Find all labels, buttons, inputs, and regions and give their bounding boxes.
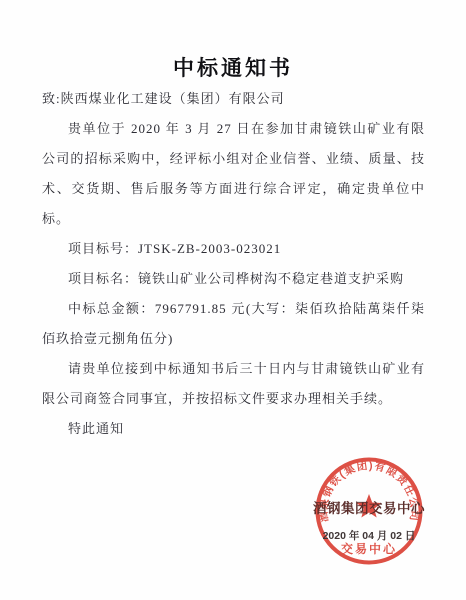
seal-inner-text: 交易中心	[341, 541, 397, 556]
project-name-line: 项目标名：镜铁山矿业公司桦树沟不稳定巷道支护采购	[42, 264, 425, 294]
recipient-line: 致:陕西煤业化工建设（集团）有限公司	[42, 84, 425, 114]
intro-paragraph: 贵单位于 2020 年 3 月 27 日在参加甘肃镜铁山矿业有限公司的招标采购中…	[42, 114, 425, 234]
document-page: 中标通知书 致:陕西煤业化工建设（集团）有限公司 贵单位于 2020 年 3 月…	[0, 0, 466, 600]
company-seal: 酒泉钢铁(集团)有限责任公司 交易中心 酒钢集团交易中心 2020 年 04 月…	[289, 431, 449, 591]
closing-paragraph: 请贵单位接到中标通知书后三十日内与甘肃镜铁山矿业有限公司商签合同事宜，并按招标文…	[42, 354, 425, 414]
seal-date-text: 2020 年 04 月 02 日	[317, 529, 421, 543]
document-title: 中标通知书	[0, 0, 466, 84]
seal-issuer-text: 酒钢集团交易中心	[313, 501, 425, 517]
document-body: 致:陕西煤业化工建设（集团）有限公司 贵单位于 2020 年 3 月 27 日在…	[0, 84, 466, 444]
bid-amount-line: 中标总金额：7967791.85 元(大写：柒佰玖拾陆萬柒仟柒佰玖拾壹元捌角伍分…	[42, 294, 425, 354]
project-number-line: 项目标号：JTSK-ZB-2003-023021	[42, 234, 425, 264]
